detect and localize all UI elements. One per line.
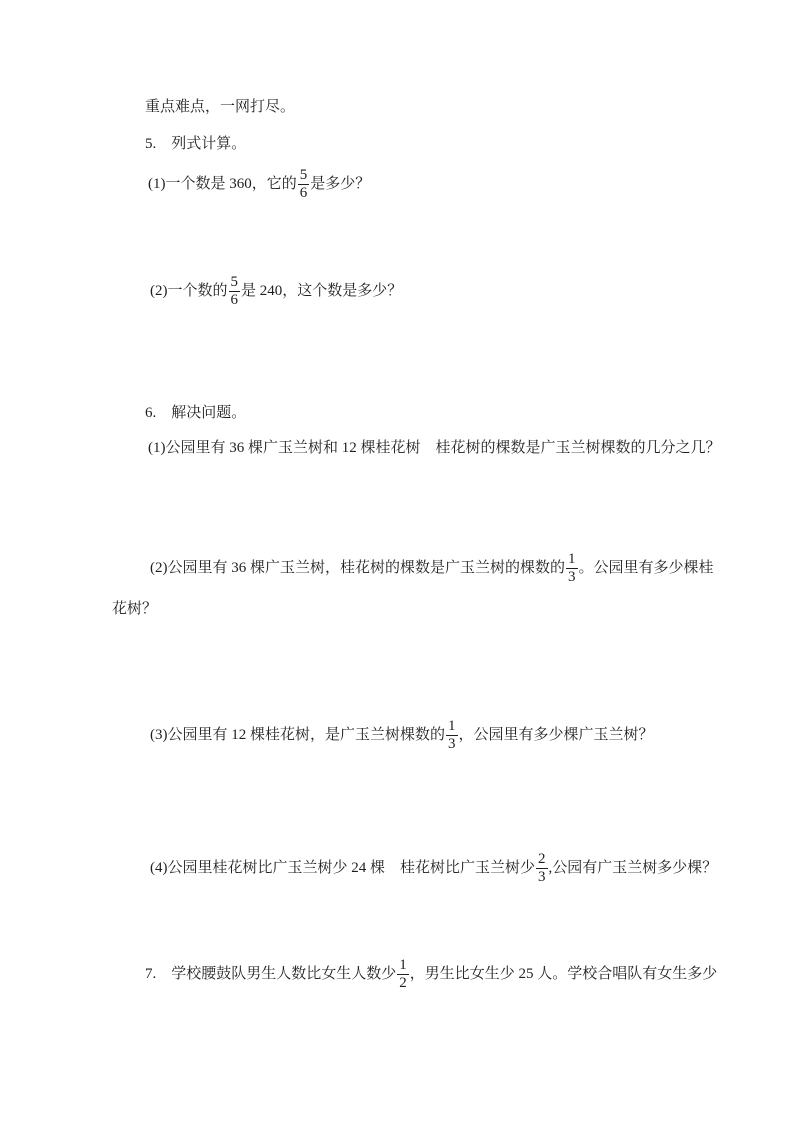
text-run: ，公园里有多少棵广玉兰树？ <box>459 726 654 746</box>
text-run: (3)公园里有 12 棵桂花树，是广玉兰树棵数的 <box>150 726 445 746</box>
text-run: (2)公园里有 36 棵广玉兰树，桂花树的棵数是广玉兰树的棵数的 <box>150 559 565 579</box>
question-6-part-4: (4)公园里桂花树比广玉兰树少 24 棵 桂花树比广玉兰树少23,公园有广玉兰树… <box>150 851 717 887</box>
text-run: 6. 解决问题。 <box>145 404 246 424</box>
question-6-part-1: (1)公园里有 36 棵广玉兰树和 12 棵桂花树 桂花树的棵数是广玉兰树棵数的… <box>148 439 721 459</box>
text-run: (1)一个数是 360，它的 <box>148 175 297 195</box>
question-6-heading: 6. 解决问题。 <box>145 404 246 424</box>
question-5-heading: 5. 列式计算。 <box>145 135 246 155</box>
question-5-part-1: (1)一个数是 360，它的56是多少？ <box>148 167 370 203</box>
fraction: 56 <box>229 274 241 310</box>
text-run: (4)公园里桂花树比广玉兰树少 24 棵 桂花树比广玉兰树少 <box>150 859 535 879</box>
fraction: 56 <box>298 167 310 203</box>
fraction-denominator: 3 <box>536 868 548 886</box>
worksheet-page: 重点难点，一网打尽。 5. 列式计算。 (1)一个数是 360，它的56是多少？… <box>0 0 793 1122</box>
text-run: 5. 列式计算。 <box>145 135 246 155</box>
text-run: 重点难点，一网打尽。 <box>145 98 295 118</box>
text-run: 。公园里有多少棵桂 <box>579 559 714 579</box>
text-run: ,公园有广玉兰树多少棵？ <box>549 859 718 879</box>
fraction: 12 <box>397 957 409 993</box>
fraction-denominator: 6 <box>298 184 310 202</box>
text-run: 7. 学校腰鼓队男生人数比女生人数少 <box>145 965 396 985</box>
question-7: 7. 学校腰鼓队男生人数比女生人数少12，男生比女生少 25 人。学校合唱队有女… <box>145 957 717 993</box>
fraction-denominator: 2 <box>397 974 409 992</box>
question-6-part-3: (3)公园里有 12 棵桂花树，是广玉兰树棵数的13，公园里有多少棵广玉兰树？ <box>150 718 654 754</box>
text-run: 花树？ <box>112 600 157 620</box>
fraction-numerator: 1 <box>566 551 578 568</box>
text-run: (1)公园里有 36 棵广玉兰树和 12 棵桂花树 桂花树的棵数是广玉兰树棵数的… <box>148 439 721 459</box>
fraction-numerator: 5 <box>229 274 241 291</box>
text-run: ，男生比女生少 25 人。学校合唱队有女生多少 <box>410 965 718 985</box>
fraction-denominator: 3 <box>446 735 458 753</box>
question-6-part-2-line-1: (2)公园里有 36 棵广玉兰树，桂花树的棵数是广玉兰树的棵数的13。公园里有多… <box>150 551 714 587</box>
question-6-part-2-line-2: 花树？ <box>112 600 157 620</box>
fraction-numerator: 5 <box>298 167 310 184</box>
intro-note: 重点难点，一网打尽。 <box>145 98 295 118</box>
fraction-numerator: 1 <box>397 957 409 974</box>
fraction-denominator: 6 <box>229 291 241 309</box>
text-run: 是 240，这个数是多少？ <box>241 282 402 302</box>
question-5-part-2: (2)一个数的56是 240，这个数是多少？ <box>150 274 402 310</box>
text-run: (2)一个数的 <box>150 282 228 302</box>
text-run: 是多少？ <box>310 175 370 195</box>
fraction-numerator: 1 <box>446 718 458 735</box>
fraction: 13 <box>446 718 458 754</box>
fraction-numerator: 2 <box>536 851 548 868</box>
fraction-denominator: 3 <box>566 568 578 586</box>
fraction: 13 <box>566 551 578 587</box>
fraction: 23 <box>536 851 548 887</box>
